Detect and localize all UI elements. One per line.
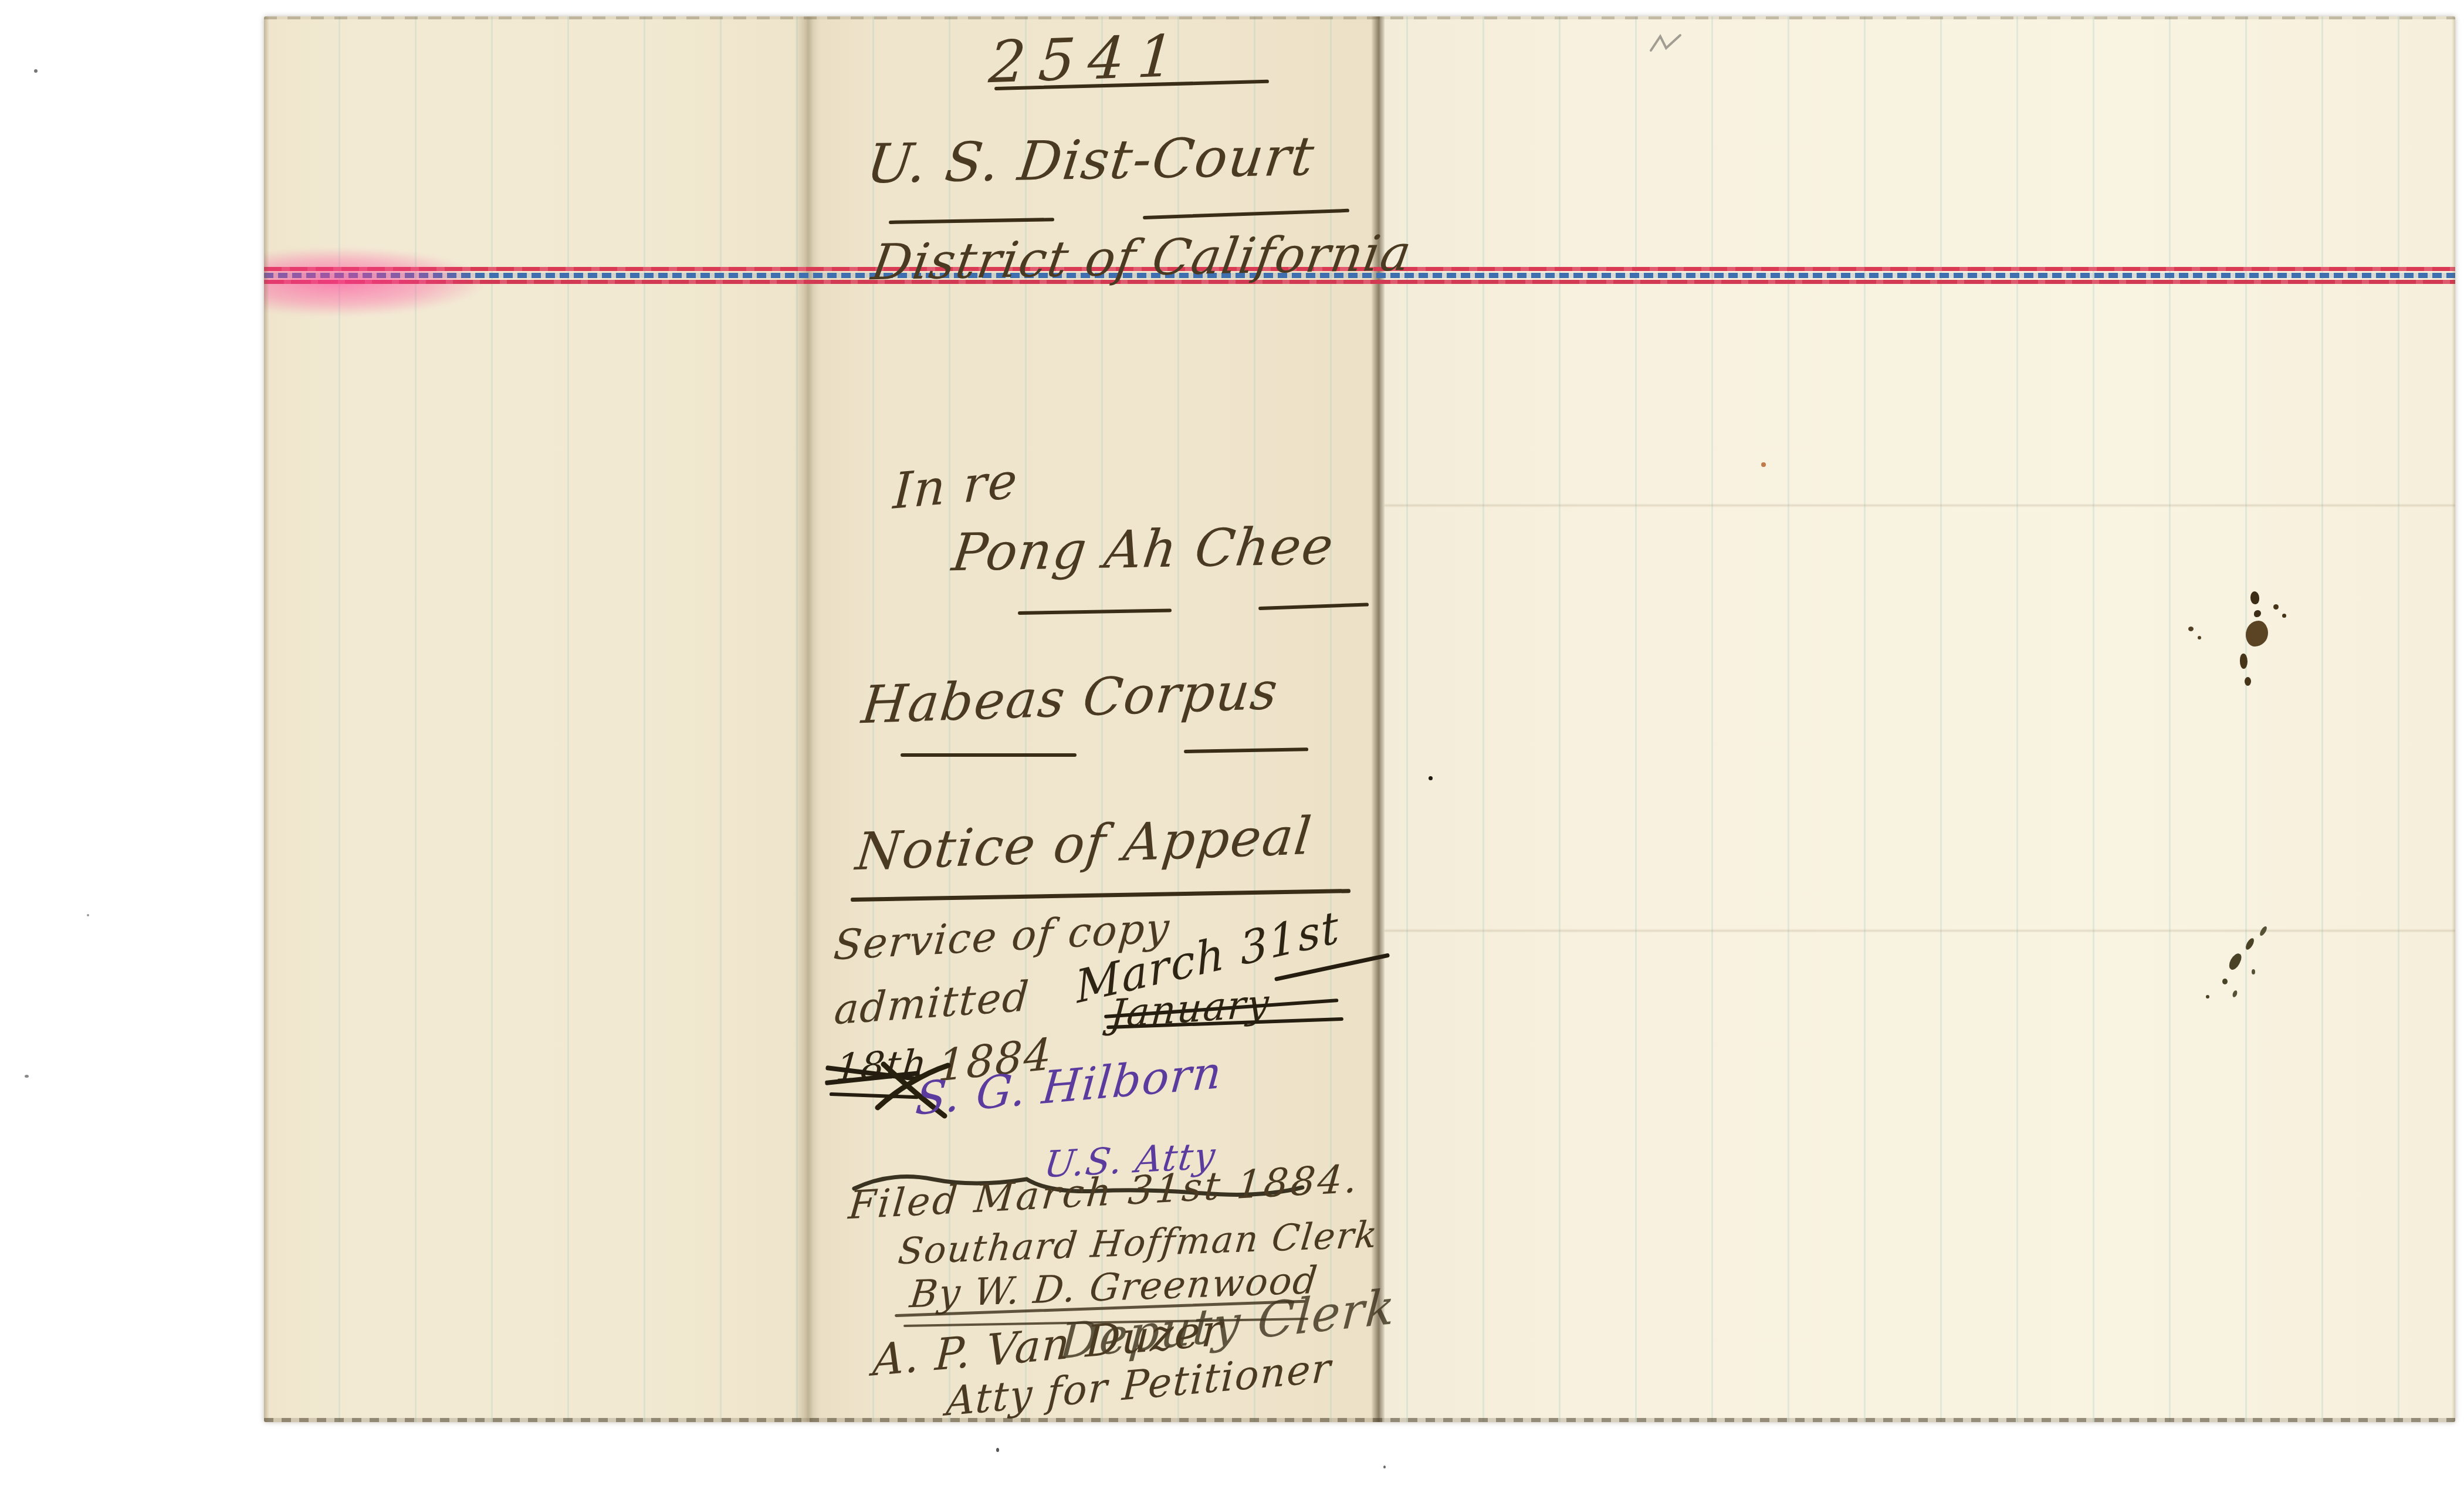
dust-speck [34,69,38,73]
ink-spatter [2222,979,2228,984]
proceeding-underline-1 [901,753,1077,757]
ink-stain-blob [2245,677,2251,686]
ink-dot [1429,776,1433,780]
fold-crease-left [795,16,820,1422]
scanned-document-page: 2541 U. S. Dist-Court District of Califo… [0,0,2464,1496]
ink-stain-speck [2282,614,2286,618]
paper-edge-right [2452,16,2455,1422]
in-re-label: In re [892,451,1020,520]
district-line: District of California [868,224,1416,291]
rust-dot [1761,462,1766,467]
paper-edge-top [264,16,2455,19]
paper-edge-left [264,16,269,1422]
paper-edge-bottom [264,1418,2455,1422]
ink-stain-speck [2273,604,2279,610]
ink-stain-speck [2198,636,2201,639]
horizontal-crease [1385,505,2455,506]
paper-right-page [1380,16,2455,1422]
pink-ink-smear [264,248,482,316]
ink-stain-blob [2240,654,2248,669]
paper-sheet: 2541 U. S. Dist-Court District of Califo… [264,16,2455,1422]
ink-stain-speck [2188,627,2194,631]
pencil-mark [1649,33,1684,54]
horizontal-crease [1385,930,2455,932]
paper-left-page [264,16,807,1422]
dust-speck [1383,1465,1386,1468]
ink-spatter [2252,969,2255,974]
dust-speck [87,914,89,916]
ink-stain-blob [2250,591,2259,604]
court-name: U. S. Dist-Court [864,125,1318,196]
dust-speck [25,1075,29,1078]
ink-spatter [2206,995,2209,999]
dust-speck [996,1448,999,1452]
petitioner-name: Pong Ah Chee [949,516,1338,583]
